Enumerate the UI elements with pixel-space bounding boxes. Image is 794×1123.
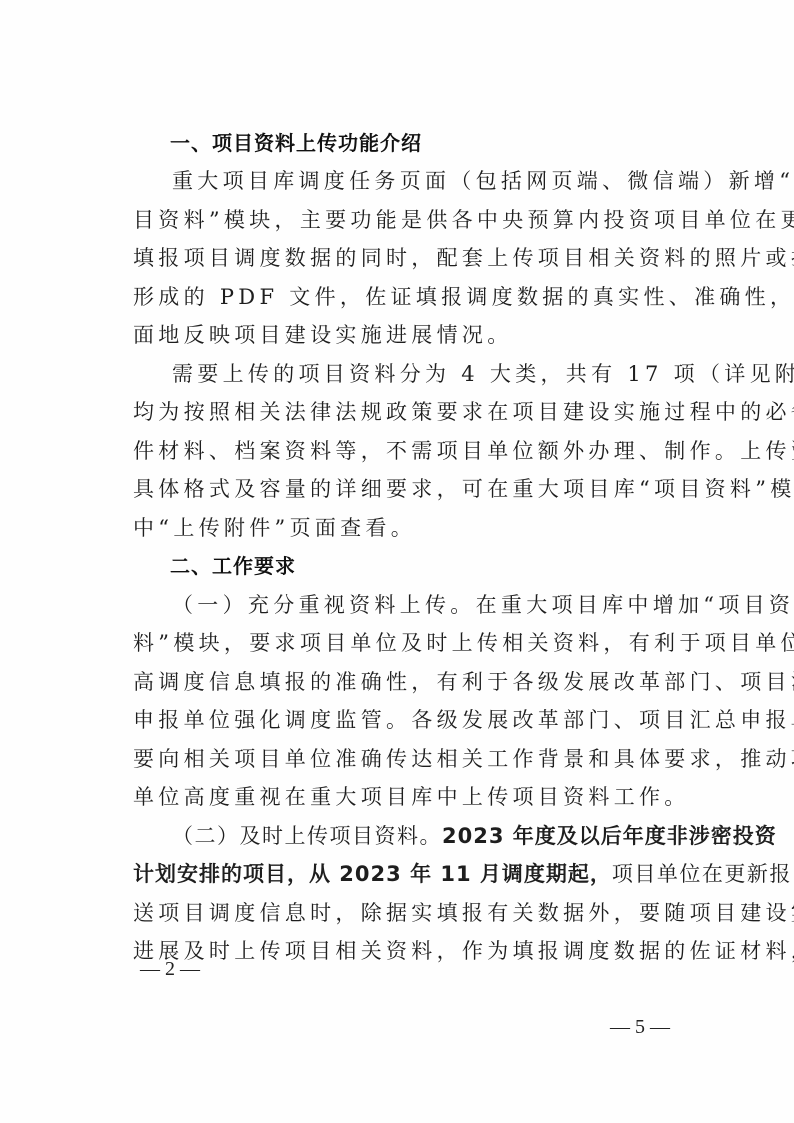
item2-title: （二）及时上传项目资料。 (172, 824, 442, 848)
paragraph-line: 申报单位强化调度监管。各级发展改革部门、项目汇总申报单位 (133, 705, 681, 735)
paragraph-line: 均为按照相关法律法规政策要求在项目建设实施过程中的必备文 (133, 397, 681, 427)
item2-normal-text: 项目单位在更新报 (612, 862, 792, 886)
paragraph-line: （一）充分重视资料上传。在重大项目库中增加“项目资 (172, 590, 681, 620)
section1-heading: 一、项目资料上传功能介绍 (170, 128, 422, 158)
paragraph-line: 填报项目调度数据的同时，配套上传项目相关资料的照片或扫描 (133, 243, 681, 273)
paragraph-line: 面地反映项目建设实施进展情况。 (133, 320, 681, 350)
item2-bold-text: 2023 年度及以后年度非涉密投资 (442, 824, 777, 848)
paragraph-line: 具体格式及容量的详细要求，可在重大项目库“项目资料”模块 (133, 474, 681, 504)
paragraph-line: 目资料”模块，主要功能是供各中央预算内投资项目单位在更新 (133, 205, 681, 235)
paragraph-line: 形成的 PDF 文件，佐证填报调度数据的真实性、准确性，更加全 (133, 282, 681, 312)
section2-heading: 二、工作要求 (170, 551, 296, 581)
item2-bold-text: 计划安排的项目，从 2023 年 11 月调度期起， (133, 862, 612, 886)
page-number-inner: — 2 — (140, 958, 200, 981)
paragraph-line: 中“上传附件”页面查看。 (133, 513, 681, 543)
paragraph-line-mixed: 计划安排的项目，从 2023 年 11 月调度期起，项目单位在更新报 (133, 859, 681, 889)
paragraph-line: 需要上传的项目资料分为 4 大类，共有 17 项（详见附件）， (172, 359, 681, 389)
paragraph-line: 送项目调度信息时，除据实填报有关数据外，要随项目建设实施 (133, 898, 681, 928)
paragraph-line: 进展及时上传项目相关资料，作为填报调度数据的佐证材料，做 (133, 936, 681, 966)
paragraph-line: 重大项目库调度任务页面（包括网页端、微信端）新增“项 (172, 166, 681, 196)
page-number-outer: — 5 — (610, 1016, 670, 1039)
paragraph-line: 料”模块，要求项目单位及时上传相关资料，有利于项目单位提 (133, 628, 681, 658)
paragraph-line: 单位高度重视在重大项目库中上传项目资料工作。 (133, 782, 681, 812)
paragraph-line: 件材料、档案资料等，不需项目单位额外办理、制作。上传资料 (133, 436, 681, 466)
document-page: 一、项目资料上传功能介绍 重大项目库调度任务页面（包括网页端、微信端）新增“项 … (0, 0, 794, 1123)
paragraph-line: 要向相关项目单位准确传达相关工作背景和具体要求，推动项目 (133, 744, 681, 774)
paragraph-line-mixed: （二）及时上传项目资料。2023 年度及以后年度非涉密投资 (172, 821, 681, 851)
paragraph-line: 高调度信息填报的准确性，有利于各级发展改革部门、项目汇总 (133, 667, 681, 697)
